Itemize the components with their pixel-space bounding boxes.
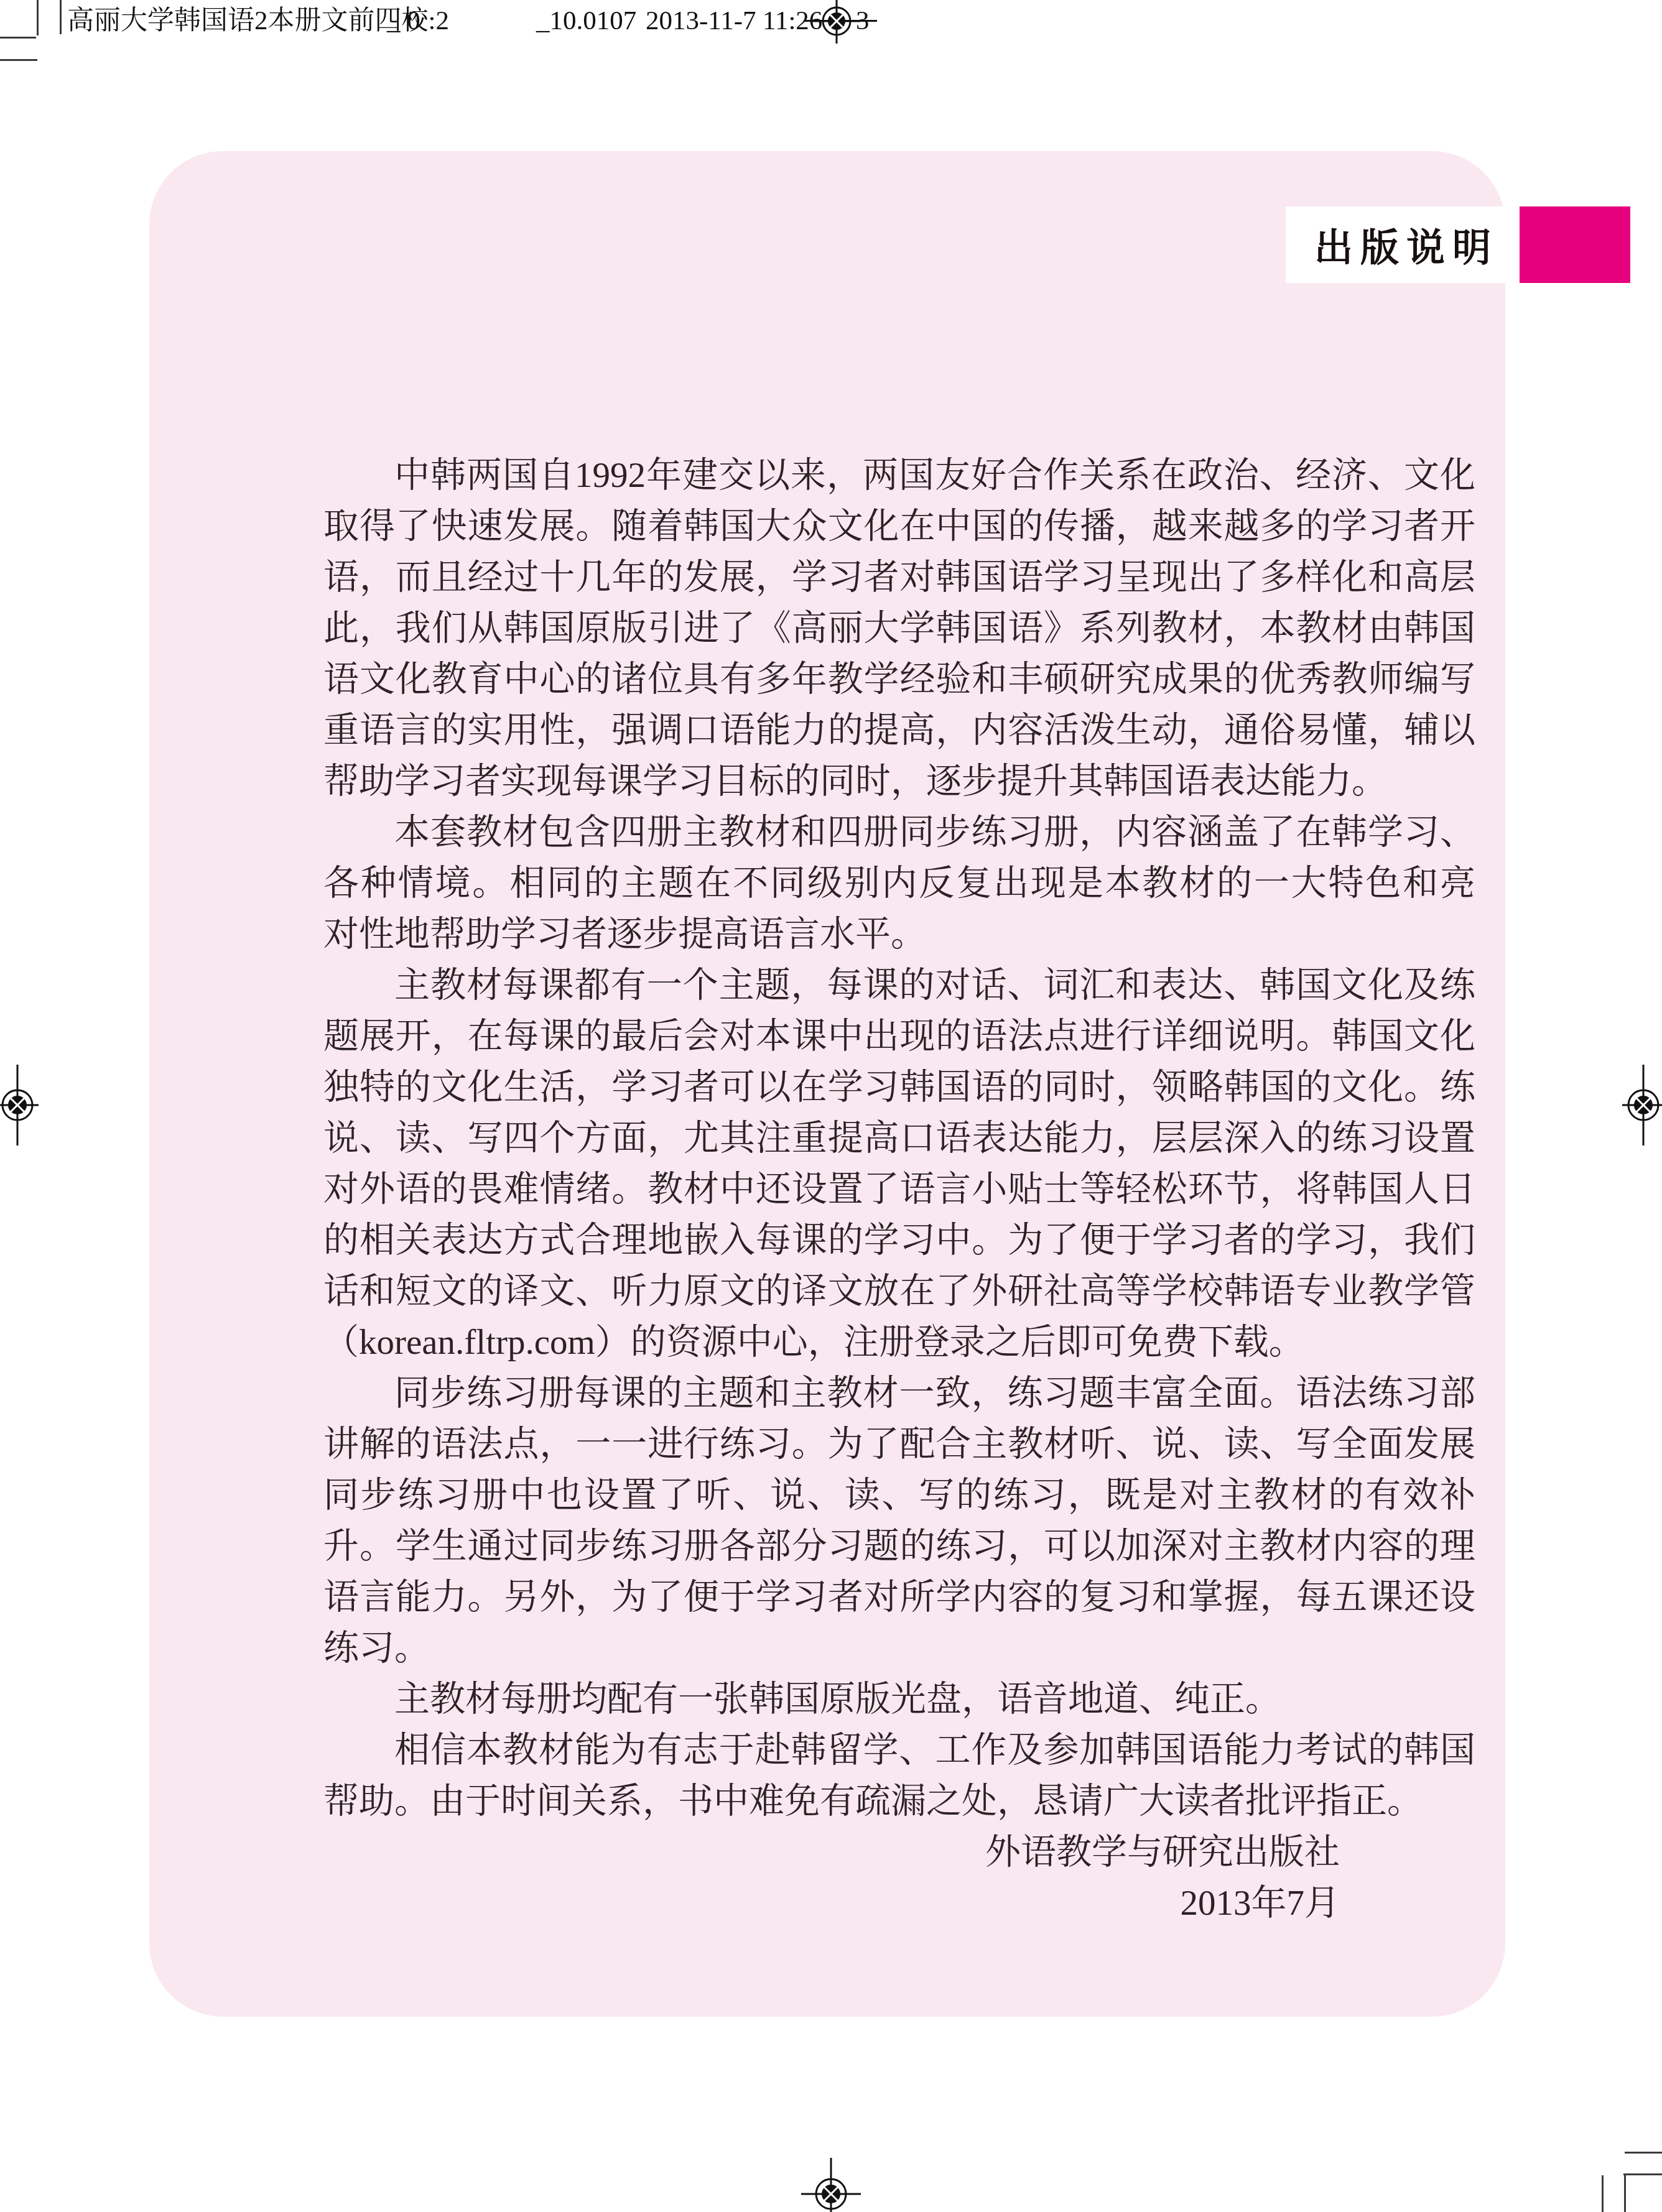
header-date: 2013-11-7 — [646, 4, 756, 39]
text-line: 话和短文的译文、听力原文的译文放在了外研社高等学校韩语专业教学管理平台 — [323, 1266, 1475, 1317]
text-line: 帮助。由于时间关系，书中难免有疏漏之处，恳请广大读者批评指正。 — [323, 1776, 1475, 1827]
text-line: 说、读、写四个方面，尤其注重提高口语表达能力，层层深入的练习设置减轻了学习者 — [323, 1113, 1475, 1164]
text-line: 语，而且经过十几年的发展，学习者对韩国语学习呈现出了多样化和高层次的需求。为 — [323, 552, 1475, 603]
signature-date: 2013年7月 — [323, 1878, 1475, 1929]
text-line: 重语言的实用性，强调口语能力的提高，内容活泼生动，通俗易懂，辅以大量的练习， — [323, 705, 1475, 756]
crop-mark-bottom-right-horizontal-outer — [1625, 2152, 1662, 2154]
scanned-book-page: { "header": { "left_text": "高丽大学韩国语2本册文前… — [0, 0, 1662, 2212]
crop-mark-bottom-right-vertical-outer — [1602, 2175, 1604, 2212]
registration-mark-bottom — [801, 2158, 861, 2212]
text-line: 主教材每课都有一个主题，每课的对话、词汇和表达、韩国文化及练习都围绕该主 — [323, 960, 1475, 1011]
text-line: 同步练习册中也设置了听、说、读、写的练习，既是对主教材的有效补充，也是一种提 — [323, 1470, 1475, 1521]
crop-mark-bottom-right-vertical-inner — [1624, 2175, 1626, 2212]
text-line: 取得了快速发展。随着韩国大众文化在中国的传播，越来越多的学习者开始学习韩国 — [323, 501, 1475, 552]
text-line: 语言能力。另外，为了便于学习者对所学内容的复习和掌握，每五课还设置了一个综合 — [323, 1572, 1475, 1623]
body-text: 中韩两国自1992年建交以来，两国友好合作关系在政治、经济、文化等各个领域都 取… — [323, 450, 1475, 1929]
header-file-number: _10.0107 — [536, 4, 636, 39]
text-line: 题展开，在每课的最后会对本课中出现的语法点进行详细说明。韩国文化介绍了韩国人 — [323, 1011, 1475, 1062]
registration-mark-header — [809, 0, 864, 44]
text-line: 本套教材包含四册主教材和四册同步练习册，内容涵盖了在韩学习、生活和工作等 — [323, 807, 1475, 858]
text-line: 中韩两国自1992年建交以来，两国友好合作关系在政治、经济、文化等各个领域都 — [323, 450, 1475, 501]
text-line: 练习。 — [323, 1623, 1475, 1674]
text-line: 此，我们从韩国原版引进了《高丽大学韩国语》系列教材，本教材由韩国高丽大学韩国 — [323, 603, 1475, 654]
text-line: 对性地帮助学习者逐步提高语言水平。 — [323, 909, 1475, 960]
registration-mark-right — [1606, 1065, 1662, 1145]
chapter-title-accent-block — [1520, 206, 1630, 283]
text-line: （korean.fltrp.com）的资源中心，注册登录之后即可免费下载。 — [323, 1317, 1475, 1368]
registration-mark-left — [0, 1065, 56, 1145]
text-line: 的相关表达方式合理地嵌入每课的学习中。为了便于学习者的学习，我们将教材中的对 — [323, 1215, 1475, 1266]
header-impression: _ 0 — [387, 4, 420, 39]
crop-mark-top-left-horizontal-inner — [0, 59, 37, 61]
text-line: 同步练习册每课的主题和主教材一致，练习题丰富全面。语法练习部分针对主教材 — [323, 1368, 1475, 1419]
chapter-title-box: 出版说明 — [1286, 206, 1520, 283]
text-line: 帮助学习者实现每课学习目标的同时，逐步提升其韩国语表达能力。 — [323, 756, 1475, 807]
text-line: 独特的文化生活，学习者可以在学习韩国语的同时，领略韩国的文化。练习题包括听、 — [323, 1062, 1475, 1113]
text-line: 升。学生通过同步练习册各部分习题的练习，可以加深对主教材内容的理解，全面提高 — [323, 1521, 1475, 1572]
crop-mark-bottom-right-horizontal-inner — [1623, 2173, 1662, 2175]
text-line: 对外语的畏难情绪。教材中还设置了语言小贴士等轻松环节，将韩国人日常生活中常用 — [323, 1164, 1475, 1215]
text-line: 讲解的语法点，一一进行练习。为了配合主教材听、说、读、写全面发展的学习目标， — [323, 1419, 1475, 1470]
chapter-title-label: 出版说明 — [1314, 217, 1498, 272]
text-line: 相信本教材能为有志于赴韩留学、工作及参加韩国语能力考试的韩国语学习者提供 — [323, 1725, 1475, 1776]
text-line: 主教材每册均配有一张韩国原版光盘，语音地道、纯正。 — [323, 1674, 1475, 1725]
text-line: 各种情境。相同的主题在不同级别内反复出现是本教材的一大特色和亮点，它可以有针 — [323, 858, 1475, 909]
signature-publisher: 外语教学与研究出版社 — [323, 1827, 1475, 1878]
text-line: 语文化教育中心的诸位具有多年教学经验和丰硕研究成果的优秀教师编写而成。教材注 — [323, 654, 1475, 705]
